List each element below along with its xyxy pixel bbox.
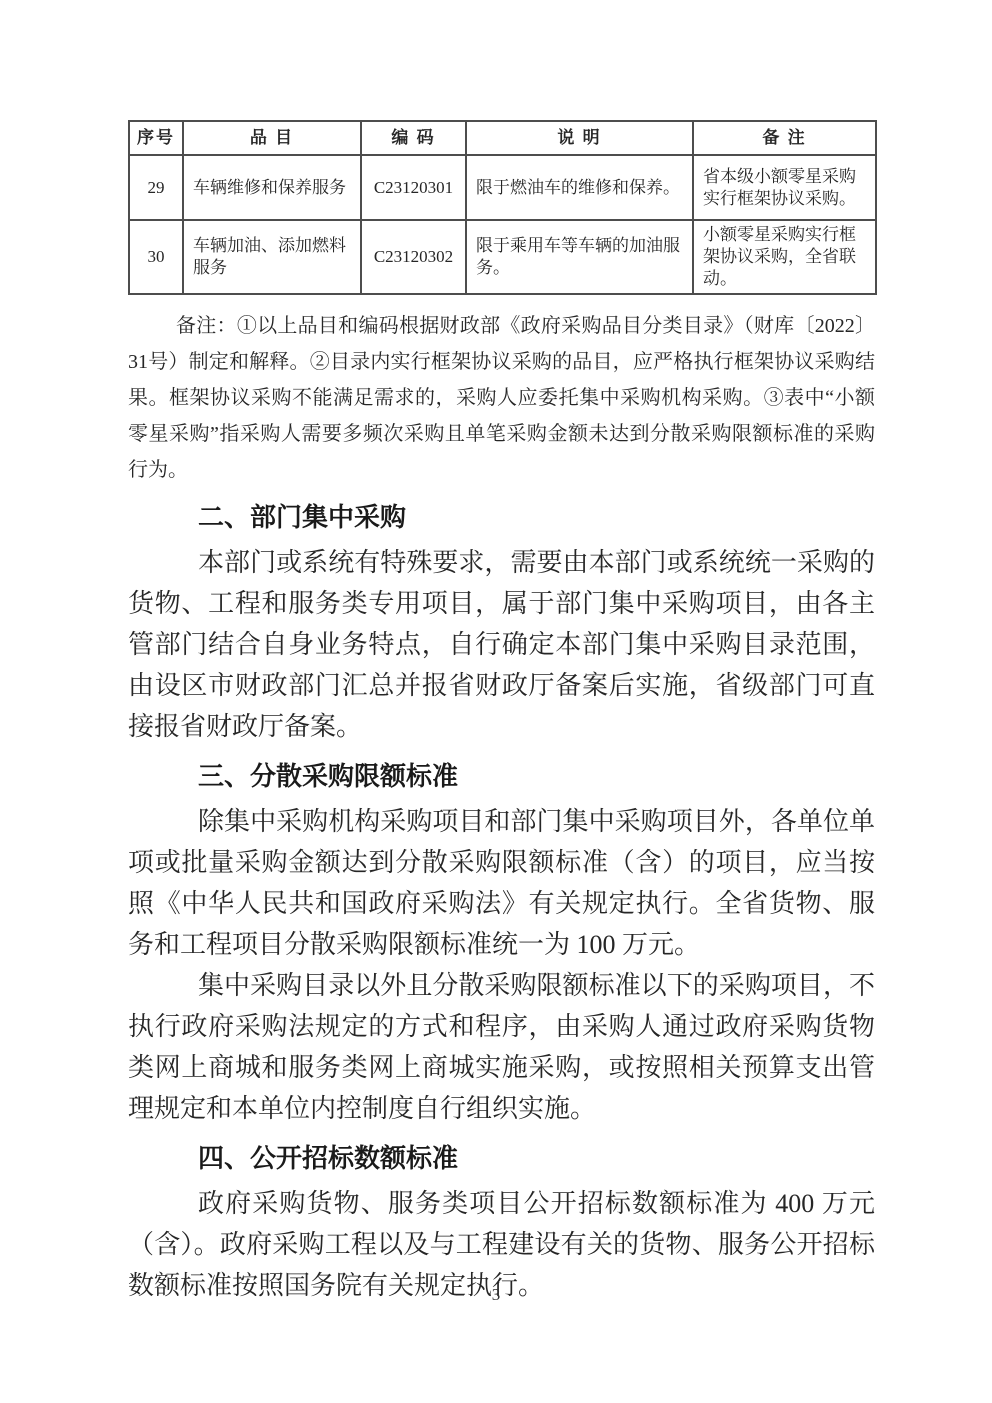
col-header-note: 备 注 <box>693 121 876 155</box>
section-3-paragraph-2: 集中采购目录以外且分散采购限额标准以下的采购项目，不执行政府采购法规定的方式和程… <box>128 965 875 1129</box>
cell-desc: 限于乘用车等车辆的加油服务。 <box>466 220 693 294</box>
section-2-paragraph: 本部门或系统有特殊要求，需要由本部门或系统统一采购的货物、工程和服务类专用项目，… <box>128 542 875 747</box>
col-header-desc: 说 明 <box>466 121 693 155</box>
col-header-code: 编 码 <box>361 121 466 155</box>
table-footnote: 备注：①以上品目和编码根据财政部《政府采购品目分类目录》（财库〔2022〕31号… <box>128 308 875 488</box>
col-header-item: 品 目 <box>183 121 361 155</box>
section-heading-3: 三、分散采购限额标准 <box>128 756 875 796</box>
page-number: 3 <box>0 1285 992 1305</box>
cell-note: 小额零星采购实行框架协议采购，全省联动。 <box>693 220 876 294</box>
document-page: 序号 品 目 编 码 说 明 备 注 29 车辆维修和保养服务 C2312030… <box>0 0 992 1403</box>
cell-code: C23120301 <box>361 155 466 220</box>
cell-code: C23120302 <box>361 220 466 294</box>
cell-desc: 限于燃油车的维修和保养。 <box>466 155 693 220</box>
procurement-catalog-table: 序号 品 目 编 码 说 明 备 注 29 车辆维修和保养服务 C2312030… <box>128 120 877 295</box>
cell-note: 省本级小额零星采购实行框架协议采购。 <box>693 155 876 220</box>
page-content: 序号 品 目 编 码 说 明 备 注 29 车辆维修和保养服务 C2312030… <box>128 120 875 1306</box>
section-3-paragraph-1: 除集中采购机构采购项目和部门集中采购项目外，各单位单项或批量采购金额达到分散采购… <box>128 801 875 965</box>
section-heading-4: 四、公开招标数额标准 <box>128 1138 875 1178</box>
section-heading-2: 二、部门集中采购 <box>128 497 875 537</box>
table-header-row: 序号 品 目 编 码 说 明 备 注 <box>129 121 876 155</box>
table-row: 30 车辆加油、添加燃料服务 C23120302 限于乘用车等车辆的加油服务。 … <box>129 220 876 294</box>
col-header-seq: 序号 <box>129 121 183 155</box>
cell-item: 车辆加油、添加燃料服务 <box>183 220 361 294</box>
cell-seq: 30 <box>129 220 183 294</box>
table-row: 29 车辆维修和保养服务 C23120301 限于燃油车的维修和保养。 省本级小… <box>129 155 876 220</box>
cell-seq: 29 <box>129 155 183 220</box>
cell-item: 车辆维修和保养服务 <box>183 155 361 220</box>
